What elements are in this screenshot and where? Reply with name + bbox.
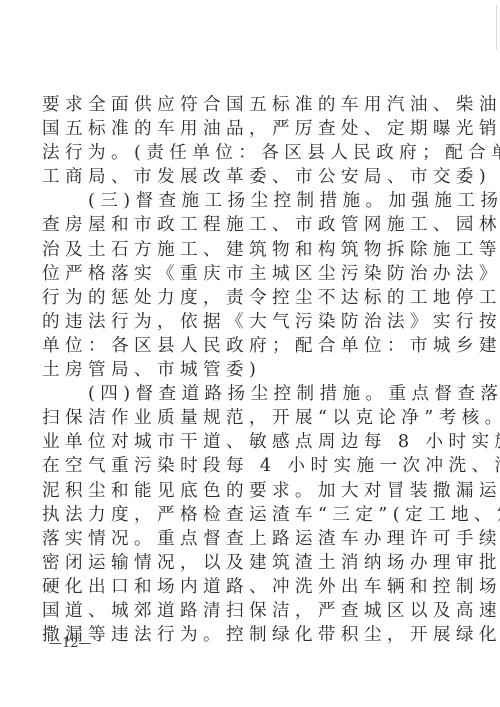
text-line: 落实情况。重点督查上路运渣车办理许可手续、落实建筑运渣车: [42, 527, 442, 551]
text-line: 扫保洁作业质量规范，开展“以克论净”考核。督促相关区和作: [42, 406, 442, 430]
text-line: 在空气重污染时段每 4 小时实施一次冲洗、洒水，达到道路无积: [42, 454, 442, 478]
text-line: 治及土石方施工、建筑物和构筑物拆除施工等工地，督促责任单: [42, 238, 442, 262]
text-line: 密闭运输情况，以及建筑渣土消纳场办理审批手续、设置围挡并: [42, 551, 442, 575]
text-line: 查房屋和市政工程施工、市政管网施工、园林绿化施工、土地整: [42, 213, 442, 237]
body-text: 要求全面供应符合国五标准的车用汽油、柴油，禁止销售达不到 国五标准的车用油品，严…: [42, 93, 442, 647]
text-line: 硬化出口和场内道路、冲洗外出车辆和控制场内扬尘情况。加强: [42, 575, 442, 599]
text-line: 工商局、市发展改革委、市公安局、市交委): [42, 165, 442, 189]
text-line: 位严格落实《重庆市主城区尘污染防治办法》规定，加大对违法: [42, 262, 442, 286]
page-number: —12—: [49, 636, 92, 651]
section-heading-line: (四)督查道路扬尘控制措施。重点督查落实道路冲洗、清: [42, 382, 442, 406]
text-line: 撒漏等违法行为。控制绿化带积尘，开展绿化种植覆土整治工作。: [42, 623, 442, 647]
text-line: 执法力度，严格检查运渣车“三定”(定工地、定线路、定渣场): [42, 503, 442, 527]
text-line: 单位：各区县人民政府；配合单位：市城乡建委、市交委、市国: [42, 334, 442, 358]
page-edge-line: [496, 5, 497, 50]
text-line: 土房管局、市城管委): [42, 358, 442, 382]
text-line: 要求全面供应符合国五标准的车用汽油、柴油，禁止销售达不到: [42, 93, 442, 117]
text-line: 国道、城郊道路清扫保洁，严查城区以及高速公路运输车辆冒装: [42, 599, 442, 623]
document-page: 要求全面供应符合国五标准的车用汽油、柴油，禁止销售达不到 国五标准的车用油品，严…: [0, 0, 500, 707]
text-line: 的违法行为，依据《大气污染防治法》实行按日连续处罚。(责任: [42, 310, 442, 334]
text-line: 行为的惩处力度，责令控尘不达标的工地停工整改。对污染严重: [42, 286, 442, 310]
text-line: 泥积尘和能见底色的要求。加大对冒装撒漏运渣车和带泥车辆的: [42, 479, 442, 503]
text-line: 业单位对城市干道、敏感点周边每 8 小时实施一次冲洗、洒水，: [42, 430, 442, 454]
section-heading-line: (三)督查施工扬尘控制措施。加强施工扬尘管理，重点督: [42, 189, 442, 213]
text-line: 国五标准的车用油品，严厉查处、定期曝光销售不合格油品的违: [42, 117, 442, 141]
text-line: 法行为。(责任单位：各区县人民政府；配合单位：市商务委、市: [42, 141, 442, 165]
